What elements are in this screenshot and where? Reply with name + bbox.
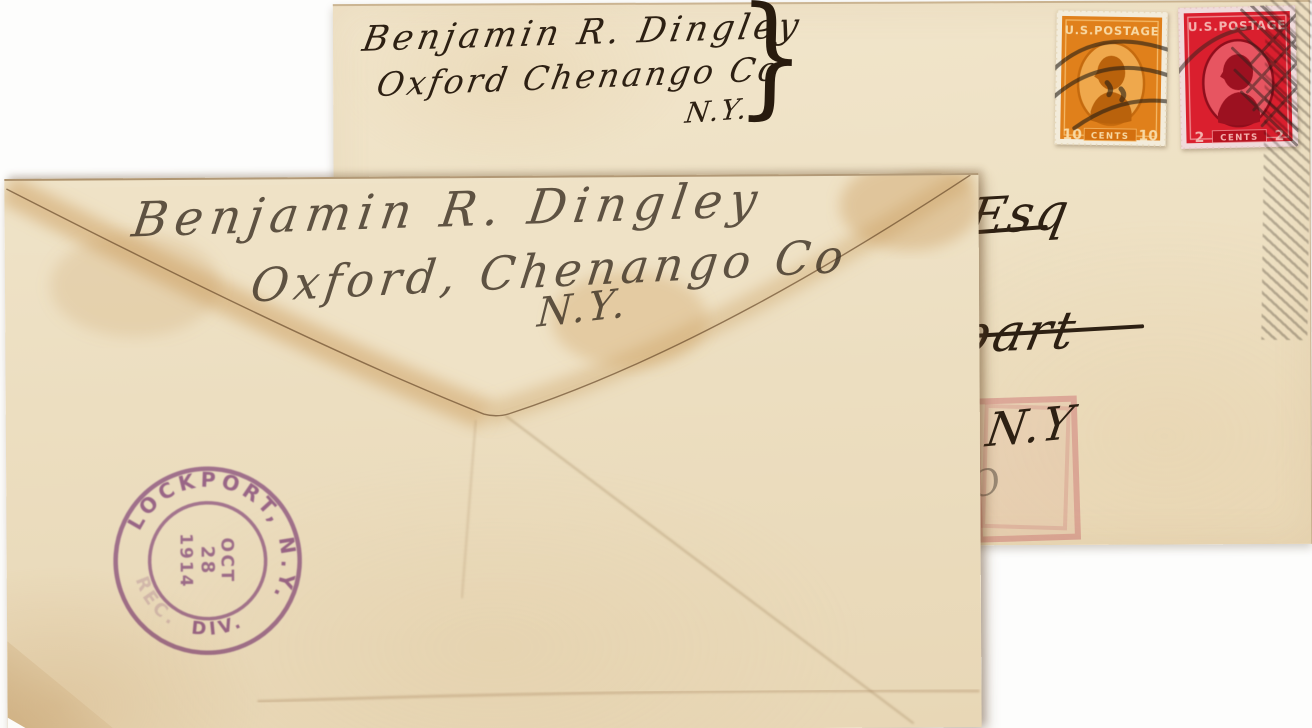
postmark-day: 28 <box>197 546 218 576</box>
ten-cent-stamp: U.S.POSTAGE 10 CENTS 10 <box>1054 10 1168 147</box>
denomination-right: 10 <box>1138 128 1158 144</box>
postmark-division: DIV. <box>184 594 253 659</box>
cancellation-smudge <box>1261 0 1311 340</box>
denomination-left: 2 <box>1194 130 1204 146</box>
denomination-left: 10 <box>1062 127 1082 143</box>
handwritten-brace: } <box>735 0 807 124</box>
stamp-inscription: U.S.POSTAGE <box>1064 23 1159 39</box>
recipient-honorific: Esq <box>964 182 1075 246</box>
envelope-back: Benjamin R. Dingley Oxford, Chenango Co … <box>4 173 981 728</box>
recipient-state: N.Y <box>983 395 1079 458</box>
scanned-envelopes-image: Benjamin R. Dingley Oxford Chenango Co N… <box>0 0 1312 728</box>
denomination-word: CENTS <box>1091 131 1130 142</box>
denomination-word: CENTS <box>1220 133 1259 144</box>
postmark-year: 1914 <box>175 533 195 588</box>
postmark-month: OCT <box>217 538 237 584</box>
postmark-date: OCT 28 1914 <box>175 533 236 589</box>
